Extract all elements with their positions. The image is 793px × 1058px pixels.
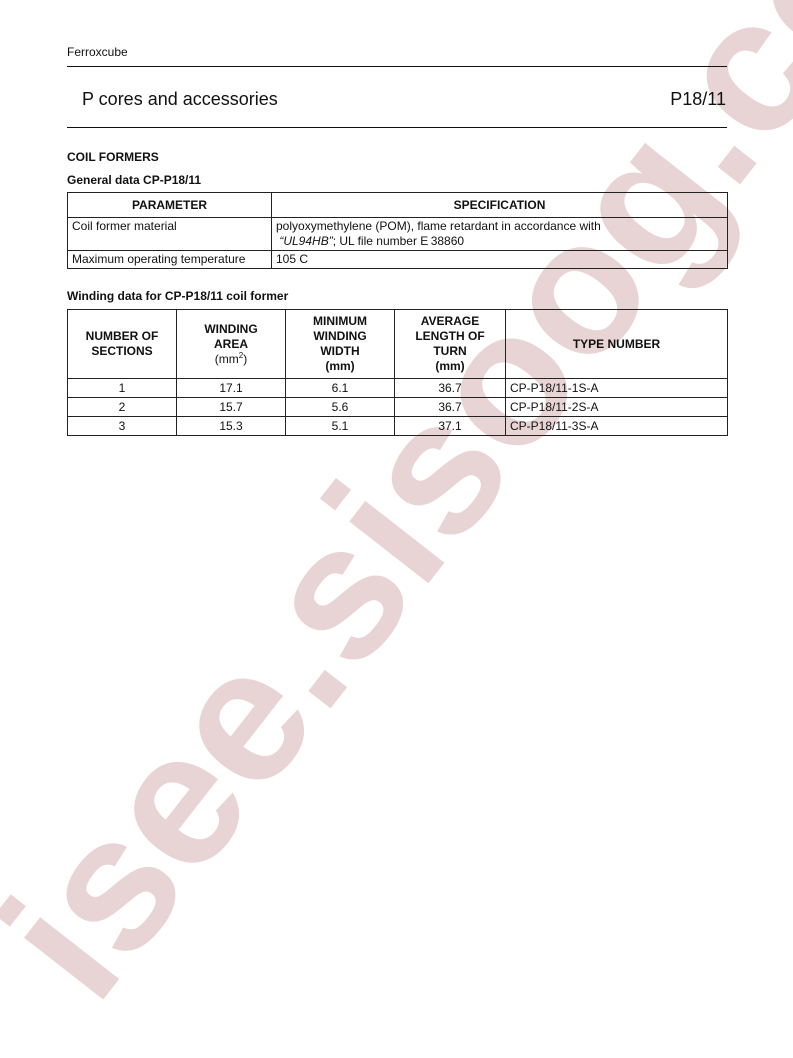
column-header-length: AVERAGE LENGTH OF TURN (mm) (395, 310, 506, 379)
header-line: AVERAGE (399, 314, 501, 329)
table-header-row: PARAMETER SPECIFICATION (68, 193, 728, 218)
type-number-cell: CP-P18/11-3S-A (506, 417, 728, 436)
header-line: AREA (181, 337, 281, 352)
header-line: (mm) (290, 359, 390, 374)
table-row: 1 17.1 6.1 36.7 CP-P18/11-1S-A (68, 379, 728, 398)
parameter-cell: Maximum operating temperature (68, 251, 272, 269)
general-data-table: PARAMETER SPECIFICATION Coil former mate… (67, 192, 728, 269)
table-row: Maximum operating temperature 105 C (68, 251, 728, 269)
width-cell: 6.1 (286, 379, 395, 398)
area-cell: 15.7 (177, 398, 286, 417)
general-data-heading: General data CP-P18/11 (67, 173, 201, 187)
spec-file-number: ; UL file number E 38860 (333, 234, 464, 248)
sections-cell: 1 (68, 379, 177, 398)
header-line: NUMBER OF (72, 329, 172, 344)
spec-line: polyoxymethylene (POM), flame retardant … (276, 219, 723, 234)
header-line: LENGTH OF (399, 329, 501, 344)
spec-line: “UL94HB”; UL file number E 38860 (276, 234, 723, 249)
spec-standard: “UL94HB” (279, 234, 332, 248)
width-cell: 5.1 (286, 417, 395, 436)
header-line: TYPE NUMBER (510, 337, 723, 352)
header-line: TURN (399, 344, 501, 359)
header-line: (mm2) (181, 352, 281, 367)
document-code: P18/11 (670, 89, 726, 110)
type-number-cell: CP-P18/11-2S-A (506, 398, 728, 417)
width-cell: 5.6 (286, 398, 395, 417)
column-header-area: WINDING AREA (mm2) (177, 310, 286, 379)
column-header-sections: NUMBER OF SECTIONS (68, 310, 177, 379)
table-row: Coil former material polyoxymethylene (P… (68, 218, 728, 251)
specification-cell: polyoxymethylene (POM), flame retardant … (272, 218, 728, 251)
sections-cell: 2 (68, 398, 177, 417)
header-divider (67, 66, 727, 67)
winding-data-heading: Winding data for CP-P18/11 coil former (67, 289, 288, 303)
parameter-cell: Coil former material (68, 218, 272, 251)
specification-cell: 105 C (272, 251, 728, 269)
column-header-type: TYPE NUMBER (506, 310, 728, 379)
column-header-width: MINIMUM WINDING WIDTH (mm) (286, 310, 395, 379)
header-line: WINDING (181, 322, 281, 337)
area-cell: 17.1 (177, 379, 286, 398)
table-row: 2 15.7 5.6 36.7 CP-P18/11-2S-A (68, 398, 728, 417)
header-line: (mm) (399, 359, 501, 374)
column-header: SPECIFICATION (272, 193, 728, 218)
header-line: MINIMUM (290, 314, 390, 329)
sections-cell: 3 (68, 417, 177, 436)
company-name: Ferroxcube (67, 45, 128, 59)
document-title: P cores and accessories (82, 89, 278, 110)
type-number-cell: CP-P18/11-1S-A (506, 379, 728, 398)
header-line: WINDING (290, 329, 390, 344)
section-heading: COIL FORMERS (67, 150, 159, 164)
table-header-row: NUMBER OF SECTIONS WINDING AREA (mm2) MI… (68, 310, 728, 379)
column-header: PARAMETER (68, 193, 272, 218)
winding-data-table: NUMBER OF SECTIONS WINDING AREA (mm2) MI… (67, 309, 728, 436)
title-divider (67, 127, 727, 128)
header-line: SECTIONS (72, 344, 172, 359)
length-cell: 36.7 (395, 379, 506, 398)
header-line: WIDTH (290, 344, 390, 359)
length-cell: 36.7 (395, 398, 506, 417)
length-cell: 37.1 (395, 417, 506, 436)
area-cell: 15.3 (177, 417, 286, 436)
table-row: 3 15.3 5.1 37.1 CP-P18/11-3S-A (68, 417, 728, 436)
